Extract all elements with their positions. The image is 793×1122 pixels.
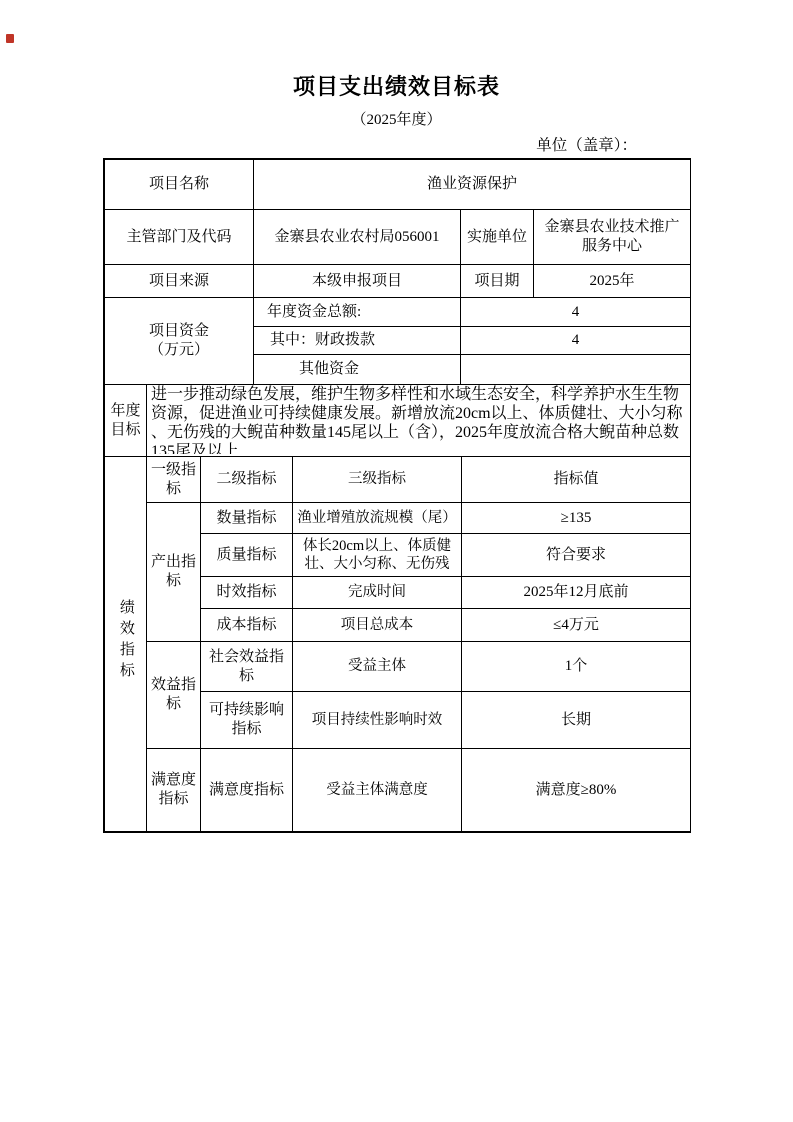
annual-goal-cell: 进一步推动绿色发展，维护生物多样性和水域生态安全，科学养护水生生物资源，促进渔业… bbox=[147, 385, 691, 457]
value-satisfaction: 满意度≥80% bbox=[462, 749, 691, 832]
indicators-table: 绩效指标 一级指标 二级指标 三级指标 指标值 产出指标 数量指标 渔业增殖放流… bbox=[104, 456, 691, 832]
page-subtitle: （2025年度） bbox=[0, 108, 793, 129]
impl-unit-value: 金寨县农业技术推广服务中心 bbox=[534, 210, 691, 265]
period-value: 2025年 bbox=[534, 265, 691, 298]
level3-quantity: 渔业增殖放流规模（尾） bbox=[293, 503, 462, 534]
performance-target-table: 项目名称 渔业资源保护 主管部门及代码 金寨县农业农村局056001 实施单位 … bbox=[103, 158, 691, 833]
funds-total-value: 4 bbox=[461, 298, 691, 327]
level1-output: 产出指标 bbox=[147, 503, 201, 642]
level2-sustain: 可持续影响指标 bbox=[201, 692, 293, 749]
table-row: 绩效指标 一级指标 二级指标 三级指标 指标值 bbox=[105, 457, 691, 503]
indicators-section-cell: 绩效指标 bbox=[105, 457, 147, 832]
red-annotation-mark bbox=[6, 34, 14, 43]
level2-social: 社会效益指标 bbox=[201, 642, 293, 692]
header-level1: 一级指标 bbox=[147, 457, 201, 503]
table-row: 满意度指标 满意度指标 受益主体满意度 满意度≥80% bbox=[105, 749, 691, 832]
annual-goal-text: 进一步推动绿色发展，维护生物多样性和水域生态安全，科学养护水生生物资源，促进渔业… bbox=[151, 385, 686, 454]
unit-seal-label: 单位（盖章）： bbox=[536, 133, 637, 155]
value-sustain: 长期 bbox=[462, 692, 691, 749]
table-row: 年度目标 进一步推动绿色发展，维护生物多样性和水域生态安全，科学养护水生生物资源… bbox=[105, 385, 691, 457]
value-quantity: ≥135 bbox=[462, 503, 691, 534]
project-info-table: 项目名称 渔业资源保护 主管部门及代码 金寨县农业农村局056001 实施单位 … bbox=[104, 159, 691, 385]
annual-goal-table: 年度目标 进一步推动绿色发展，维护生物多样性和水域生态安全，科学养护水生生物资源… bbox=[104, 384, 691, 457]
table-row: 项目来源 本级申报项目 项目期 2025年 bbox=[105, 265, 691, 298]
value-cost: ≤4万元 bbox=[462, 609, 691, 642]
funds-section-label: 项目资金 （万元） bbox=[105, 298, 254, 385]
level1-satisfaction: 满意度指标 bbox=[147, 749, 201, 832]
table-row: 产出指标 数量指标 渔业增殖放流规模（尾） ≥135 bbox=[105, 503, 691, 534]
header-level3: 三级指标 bbox=[293, 457, 462, 503]
level3-cost: 项目总成本 bbox=[293, 609, 462, 642]
header-value: 指标值 bbox=[462, 457, 691, 503]
value-social: 1个 bbox=[462, 642, 691, 692]
level3-social: 受益主体 bbox=[293, 642, 462, 692]
level2-quality: 质量指标 bbox=[201, 534, 293, 577]
level3-quality: 体长20cm以上、体质健壮、大小匀称、无伤残 bbox=[293, 534, 462, 577]
funds-other-label: 其他资金 bbox=[254, 355, 461, 385]
source-value: 本级申报项目 bbox=[254, 265, 461, 298]
table-row: 主管部门及代码 金寨县农业农村局056001 实施单位 金寨县农业技术推广服务中… bbox=[105, 210, 691, 265]
document-page: 项目支出绩效目标表 （2025年度） 单位（盖章）： 项目名称 渔业资源保护 主… bbox=[0, 0, 793, 1122]
level3-timeliness: 完成时间 bbox=[293, 577, 462, 609]
page-title: 项目支出绩效目标表 bbox=[0, 70, 793, 101]
funds-total-label: 年度资金总额: bbox=[254, 298, 461, 327]
value-quality: 符合要求 bbox=[462, 534, 691, 577]
level3-sustain: 项目持续性影响时效 bbox=[293, 692, 462, 749]
table-row: 项目名称 渔业资源保护 bbox=[105, 160, 691, 210]
value-timeliness: 2025年12月底前 bbox=[462, 577, 691, 609]
level1-benefit: 效益指标 bbox=[147, 642, 201, 749]
level2-satisfaction: 满意度指标 bbox=[201, 749, 293, 832]
funds-fiscal-value: 4 bbox=[461, 327, 691, 355]
table-row: 效益指标 社会效益指标 受益主体 1个 bbox=[105, 642, 691, 692]
funds-fiscal-label: 其中：财政拨款 bbox=[254, 327, 461, 355]
level2-timeliness: 时效指标 bbox=[201, 577, 293, 609]
project-name-value: 渔业资源保护 bbox=[254, 160, 691, 210]
level2-quantity: 数量指标 bbox=[201, 503, 293, 534]
impl-unit-label: 实施单位 bbox=[461, 210, 534, 265]
table-row: 项目资金 （万元） 年度资金总额: 4 bbox=[105, 298, 691, 327]
period-label: 项目期 bbox=[461, 265, 534, 298]
annual-goal-label: 年度目标 bbox=[105, 385, 147, 457]
header-level2: 二级指标 bbox=[201, 457, 293, 503]
funds-other-value bbox=[461, 355, 691, 385]
dept-code-value: 金寨县农业农村局056001 bbox=[254, 210, 461, 265]
level2-cost: 成本指标 bbox=[201, 609, 293, 642]
source-label: 项目来源 bbox=[105, 265, 254, 298]
dept-label: 主管部门及代码 bbox=[105, 210, 254, 265]
level3-satisfaction: 受益主体满意度 bbox=[293, 749, 462, 832]
indicators-section-label: 绩效指标 bbox=[116, 599, 135, 683]
project-name-label: 项目名称 bbox=[105, 160, 254, 210]
